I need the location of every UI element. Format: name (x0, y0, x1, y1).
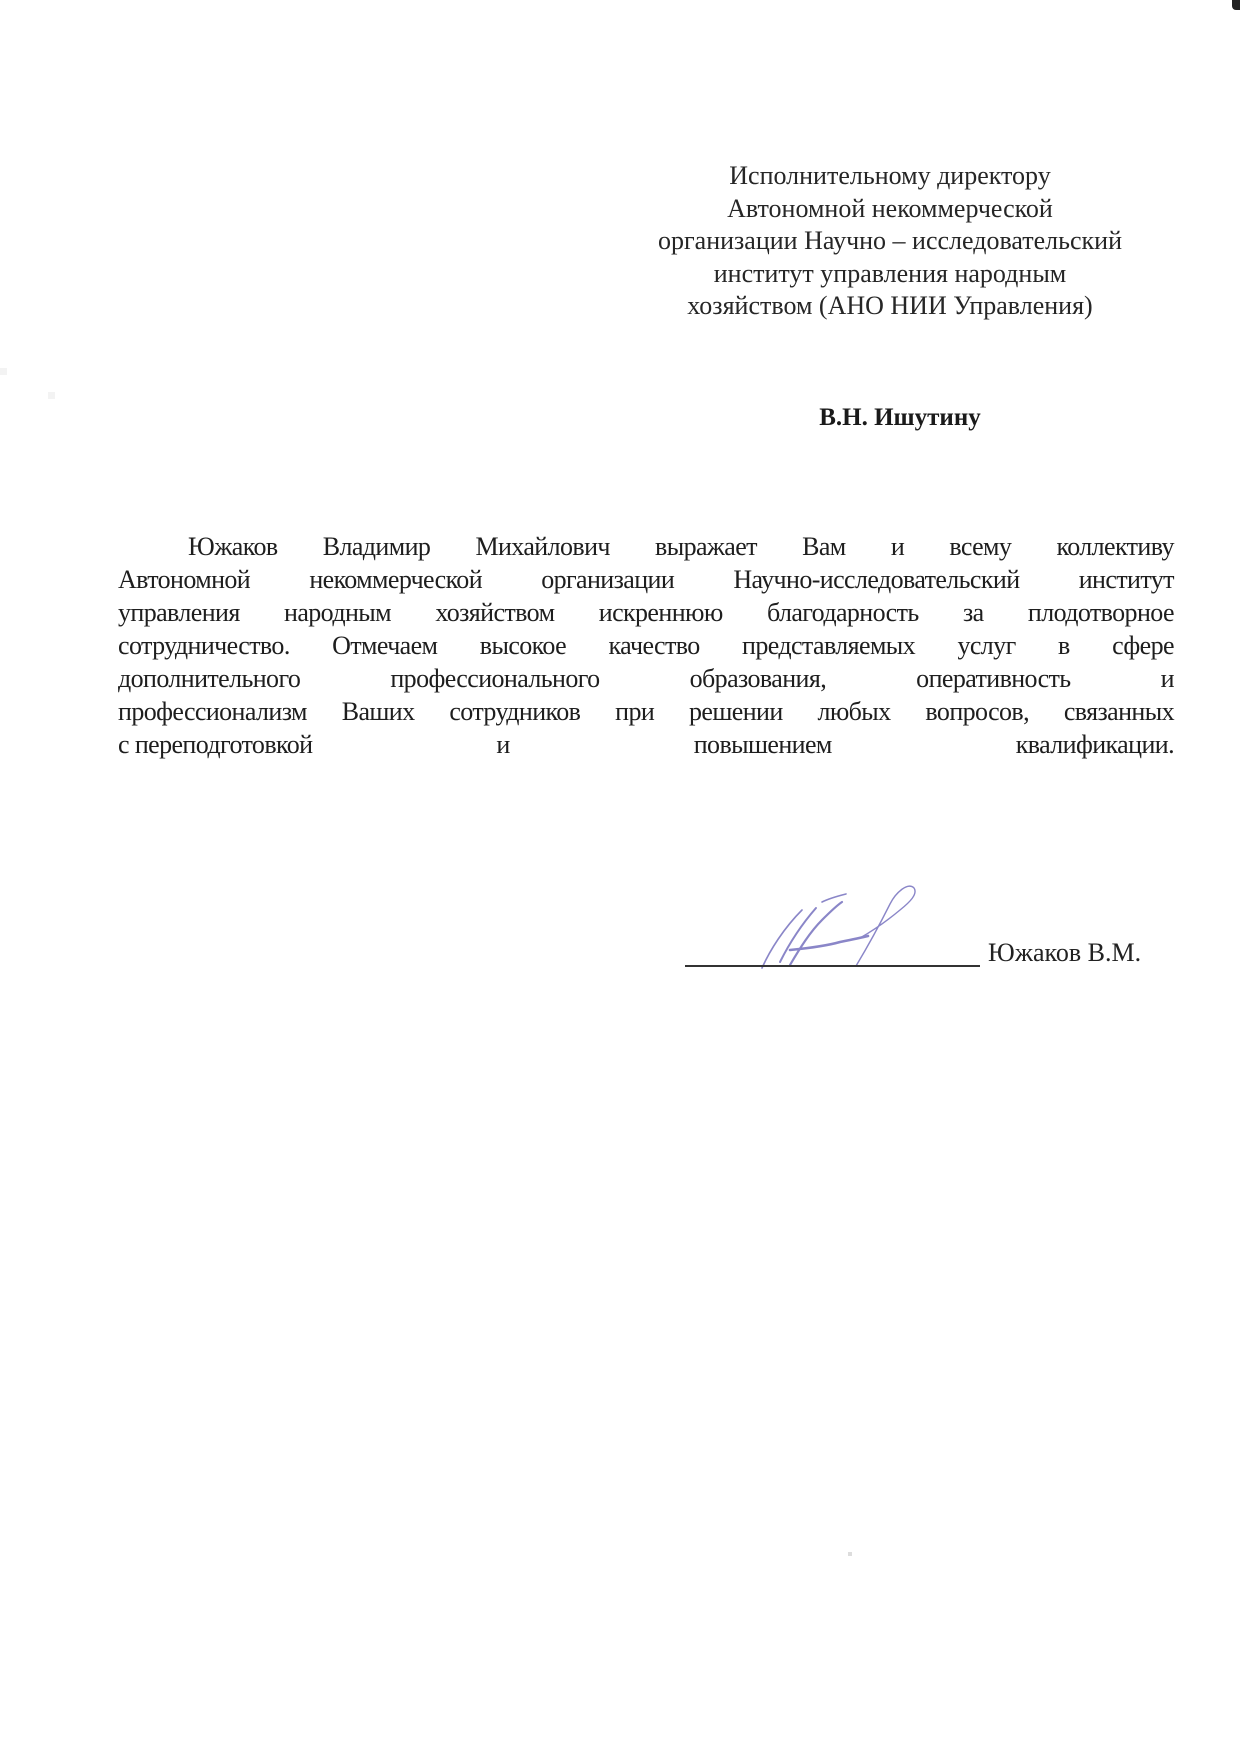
body-word: качество (608, 629, 699, 662)
scan-artifact (0, 368, 7, 375)
signer-name: Южаков В.М. (988, 938, 1141, 968)
body-word: связанных (1064, 695, 1174, 728)
body-word: образования, (690, 662, 826, 695)
body-word: вопросов, (925, 695, 1029, 728)
body-word: Научно-исследовательский (733, 563, 1019, 596)
body-word: всему (949, 530, 1011, 563)
body-word: Вам (802, 530, 846, 563)
body-word: институт (1079, 563, 1174, 596)
signature-block: Южаков В.М. (680, 880, 1180, 980)
body-word: выражает (655, 530, 757, 563)
scan-artifact (848, 1552, 852, 1556)
signature-line (685, 965, 980, 967)
body-word: организации (541, 563, 674, 596)
body-word: некоммерческой (309, 563, 482, 596)
body-word: и (891, 530, 904, 563)
body-word: коллективу (1056, 530, 1173, 563)
body-line: управлениянароднымхозяйствомискреннююбла… (118, 596, 1174, 629)
body-word: решении (689, 695, 783, 728)
body-word: Отмечаем (332, 629, 437, 662)
body-word: плодотворное (1028, 596, 1174, 629)
addressee-line: Автономной некоммерческой (630, 193, 1150, 226)
addressee-line: организации Научно – исследовательский (630, 225, 1150, 258)
body-line: с переподготовкойиповышениемквалификации… (118, 728, 1174, 761)
body-word: повышением (694, 728, 832, 761)
body-word: квалификации. (1016, 728, 1174, 761)
body-word: представляемых (742, 629, 915, 662)
body-line: ЮжаковВладимирМихайловичвыражаетВамивсем… (118, 530, 1174, 563)
body-word: оперативность (916, 662, 1070, 695)
body-word: при (615, 695, 654, 728)
recipient-name: В.Н. Ишутину (790, 404, 1010, 432)
body-word: управления (118, 596, 240, 629)
body-line: сотрудничество.Отмечаемвысокоекачествопр… (118, 629, 1174, 662)
body-word: хозяйством (435, 596, 554, 629)
body-word: профессионального (390, 662, 599, 695)
scan-artifact (48, 392, 55, 399)
body-word: Михайлович (475, 530, 609, 563)
body-word: любых (817, 695, 890, 728)
body-word: сфере (1112, 629, 1174, 662)
body-word: высокое (480, 629, 566, 662)
letter-page: Исполнительному директору Автономной нек… (0, 0, 1240, 1754)
body-word: и (1161, 662, 1174, 695)
body-line: профессионализмВашихсотрудниковприрешени… (118, 695, 1174, 728)
body-word: Ваших (342, 695, 415, 728)
signature-strokes (762, 886, 915, 968)
addressee-line: хозяйством (АНО НИИ Управления) (630, 290, 1150, 323)
body-word: Южаков (188, 530, 278, 563)
body-word: народным (284, 596, 391, 629)
body-word: и (496, 728, 509, 761)
body-word: услуг (957, 629, 1015, 662)
body-line: дополнительногопрофессиональногообразова… (118, 662, 1174, 695)
letter-body: ЮжаковВладимирМихайловичвыражаетВамивсем… (118, 530, 1174, 761)
addressee-block: Исполнительному директору Автономной нек… (630, 160, 1150, 323)
body-word: Владимир (323, 530, 431, 563)
body-word: искреннюю (599, 596, 723, 629)
body-word: сотрудников (449, 695, 580, 728)
body-word: сотрудничество. (118, 629, 290, 662)
body-word: Автономной (118, 563, 250, 596)
addressee-line: институт управления народным (630, 258, 1150, 291)
scan-corner-mark (1232, 0, 1240, 10)
body-word: дополнительного (118, 662, 300, 695)
body-word: профессионализм (118, 695, 307, 728)
body-word: в (1058, 629, 1070, 662)
body-word: с переподготовкой (118, 728, 312, 761)
addressee-line: Исполнительному директору (630, 160, 1150, 193)
body-word: благодарность (767, 596, 919, 629)
body-word: за (963, 596, 984, 629)
body-line: АвтономнойнекоммерческойорганизацииНаучн… (118, 563, 1174, 596)
